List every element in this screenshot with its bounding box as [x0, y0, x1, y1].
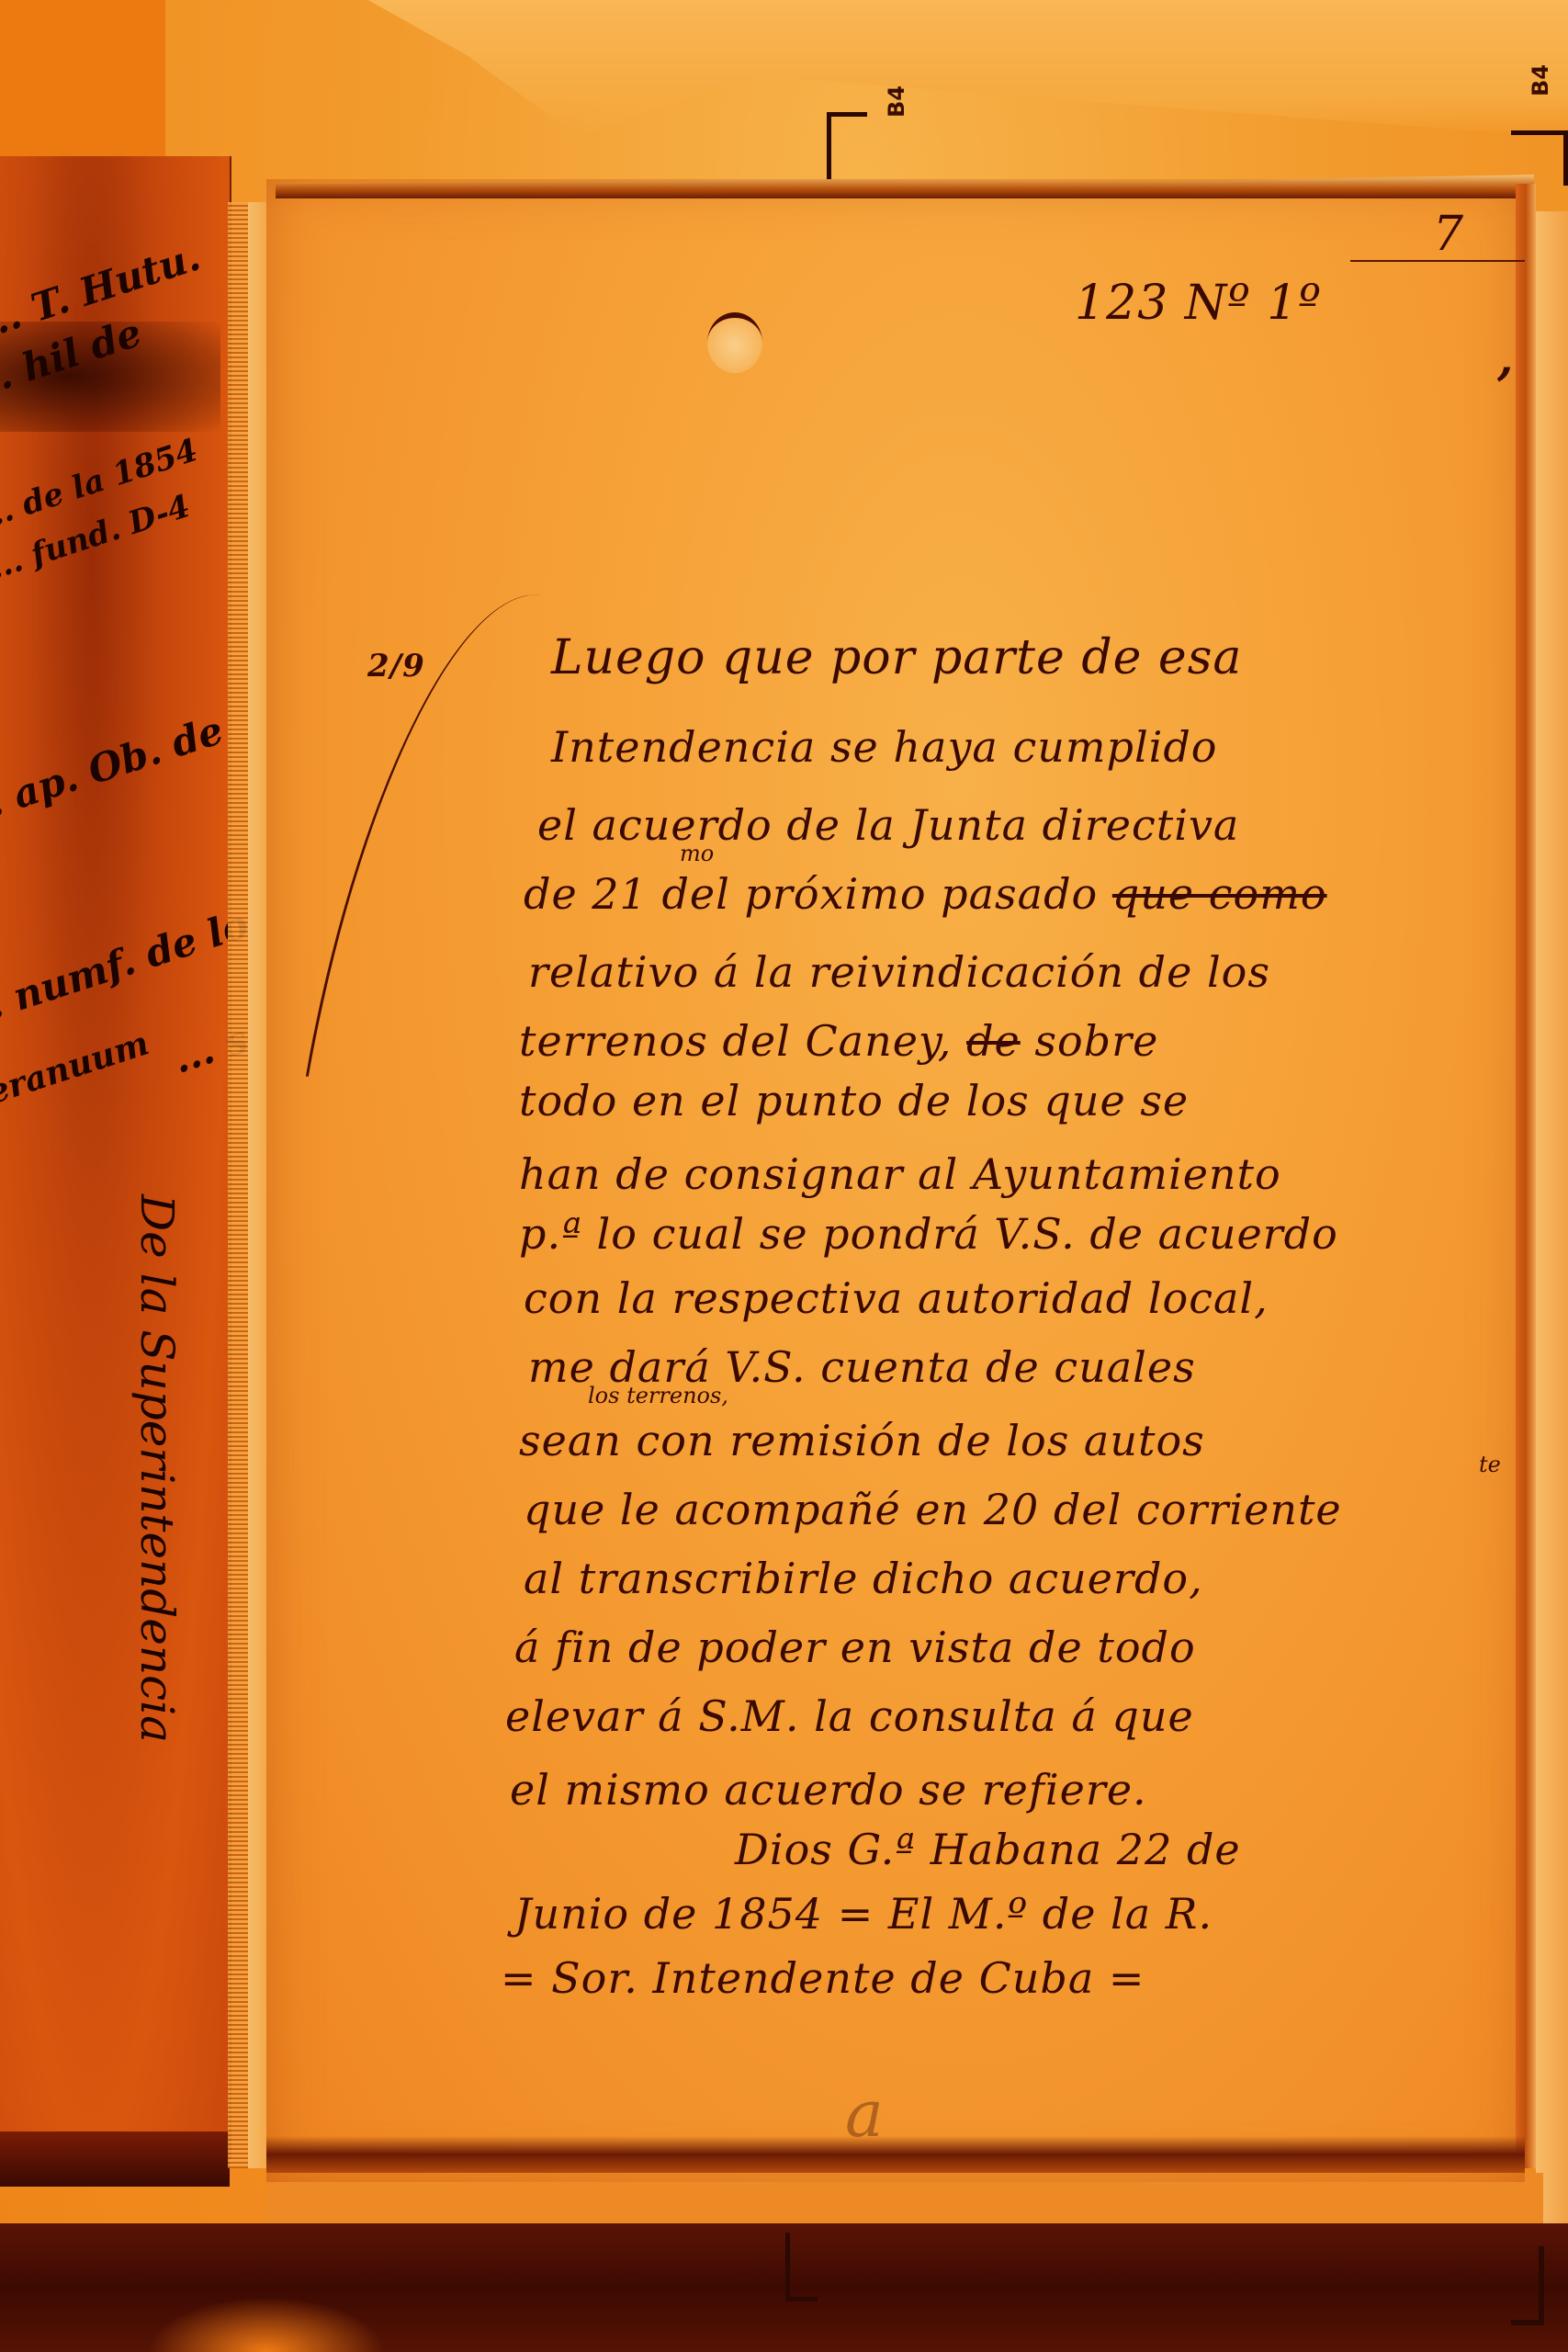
page-bottom-edge — [266, 2136, 1525, 2173]
margin-note: 2/9 — [367, 648, 425, 684]
text-line: p.ª lo cual se pondrá V.S. de acuerdo — [519, 1213, 1338, 1255]
left-page-vertical-label: De la Superintendencia — [130, 1194, 184, 1743]
page-right-edge — [1516, 184, 1536, 2168]
reference-number: 123 Nº 1º — [1075, 276, 1322, 331]
struck-word: de — [966, 1016, 1021, 1066]
text-line: el mismo acuerdo se refiere. — [510, 1769, 1147, 1811]
left-page-edge — [0, 2131, 230, 2187]
interlinear-insertion: los terrenos, — [588, 1383, 728, 1408]
light-reflection — [147, 2297, 386, 2352]
text-line: terrenos del Caney, de sobre — [519, 1020, 1158, 1062]
text-line: Luego que por parte de esa — [551, 634, 1242, 682]
text-line: han de consignar al Ayuntamiento — [519, 1153, 1281, 1195]
superscript-abbrev: te — [1479, 1452, 1501, 1477]
addressee-line: = Sor. Intendente de Cuba = — [501, 1957, 1145, 1999]
text-line: relativo á la reivindicación de los — [528, 951, 1270, 993]
struck-word: que como — [1112, 869, 1327, 919]
text-segment: de 21 del próximo pasado — [524, 869, 1098, 919]
text-line: al transcribirle dicho acuerdo, — [524, 1557, 1203, 1600]
underlying-sheet — [1536, 211, 1568, 2233]
registration-label: B4 — [1528, 64, 1553, 96]
text-line: elevar á S.M. la consulta á que — [505, 1695, 1194, 1737]
binding-hole — [707, 312, 762, 373]
text-line: que le acompañé en 20 del corriente — [524, 1488, 1342, 1531]
text-segment: sobre — [1034, 1016, 1158, 1066]
text-line: Intendencia se haya cumplido — [551, 726, 1218, 768]
text-line: con la respectiva autoridad local, — [524, 1277, 1269, 1319]
binding-stitching — [228, 202, 248, 2168]
background-shadow — [0, 0, 165, 165]
text-line: el acuerdo de la Junta directiva — [537, 804, 1239, 846]
folio-rule — [1350, 260, 1525, 262]
text-segment: terrenos del Caney, — [519, 1016, 952, 1066]
registration-label: B4 — [884, 85, 909, 118]
date-line: Junio de 1854 = El M.º de la R. — [514, 1893, 1213, 1935]
closing-line: Dios G.ª Habana 22 de — [735, 1828, 1241, 1871]
page-top-edge — [276, 175, 1534, 198]
text-line: á fin de poder en vista de todo — [514, 1626, 1196, 1668]
superscript-abbrev: mo — [680, 841, 714, 866]
text-line: sean con remisión de los autos — [519, 1419, 1205, 1462]
comma-mark: , — [1497, 331, 1514, 385]
background-light-area — [156, 0, 1568, 138]
binding-strip — [248, 202, 268, 2168]
text-line: todo en el punto de los que se — [519, 1080, 1189, 1122]
manuscript-photo: B4 B4 ... T. Hutu. ... hil de ... de la … — [0, 0, 1568, 2352]
faint-pencil-mark: a — [845, 2076, 885, 2152]
folio-number: 7 — [1433, 207, 1464, 262]
text-line: de 21 del próximo pasado que como — [524, 873, 1327, 915]
